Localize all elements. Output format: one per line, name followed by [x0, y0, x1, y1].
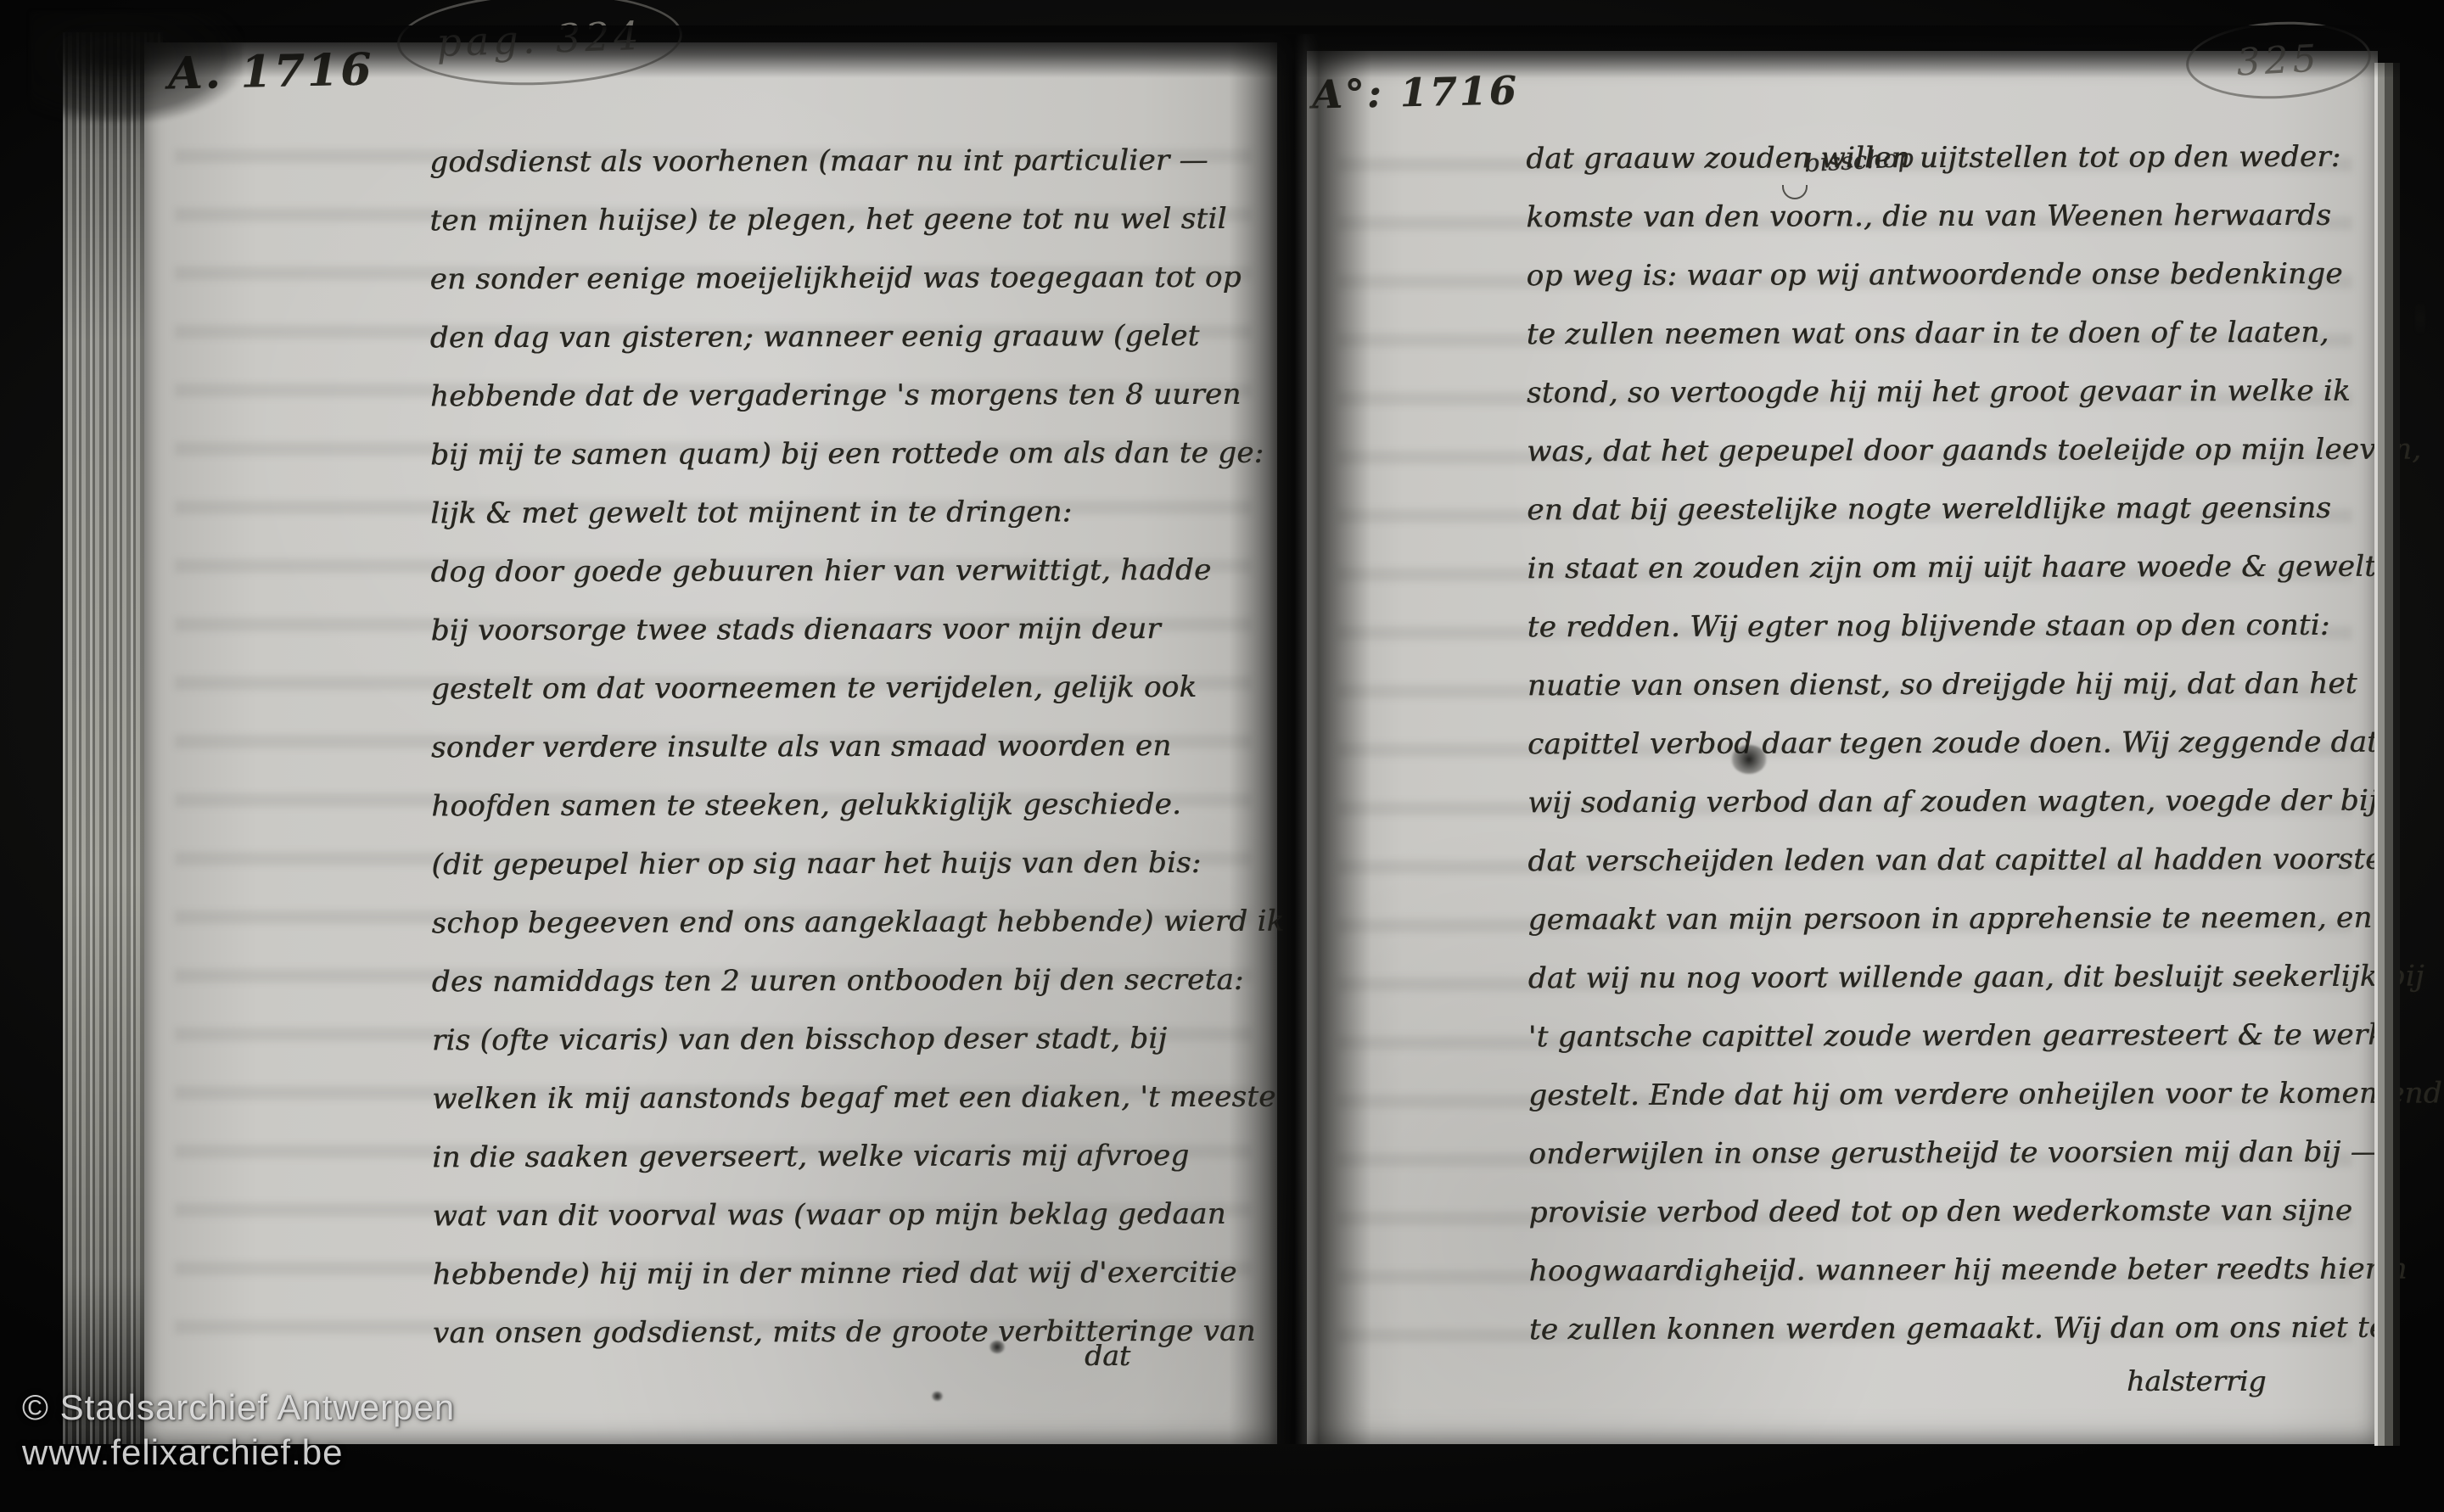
manuscript-line: wij sodanig verbod dan af zouden wagten,… [1527, 772, 2372, 833]
manuscript-line: onderwijlen in onse gerustheijd te voors… [1528, 1123, 2373, 1184]
manuscript-line: te redden. Wij egter nog blijvende staan… [1527, 596, 2372, 658]
manuscript-line: welken ik mij aanstonds begaf met een di… [432, 1068, 1285, 1129]
manuscript-line: ten mijnen huijse) te plegen, het geene … [429, 190, 1282, 251]
left-page-catchword: dat [1085, 1339, 1130, 1372]
manuscript-line: en sonder eenige moeijelijkheijd was toe… [429, 249, 1282, 310]
manuscript-line: hebbende dat de vergaderinge 's morgens … [430, 366, 1283, 427]
archive-watermark-line2: www.felixarchief.be [22, 1430, 455, 1475]
left-page-number-pencil: pag. 324 [435, 13, 643, 65]
manuscript-line: dat wij nu nog voort willende gaan, dit … [1528, 948, 2373, 1009]
manuscript-line: dat verscheijden leden van dat capittel … [1527, 831, 2372, 892]
right-page-manuscript-text: dat graauw zouden willen uijtstellen tot… [1526, 128, 2374, 1360]
manuscript-line: provisie verbod deed tot op den wederkom… [1528, 1182, 2373, 1243]
right-page: A°: 1716 325 bisschop dat graauw zouden … [1307, 51, 2378, 1444]
manuscript-line: gestelt. Ende dat hij om verdere onheijl… [1528, 1065, 2373, 1126]
right-page-number-pencil: 325 [2235, 36, 2322, 84]
manuscript-line: gemaakt van mijn persoon in apprehensie … [1527, 889, 2372, 950]
manuscript-line: in staat en zouden zijn om mij uijt haar… [1527, 538, 2371, 599]
manuscript-line: nuatie van onsen dienst, so dreijgde hij… [1527, 655, 2372, 716]
manuscript-line: lijk & met gewelt tot mijnent in te drin… [430, 483, 1283, 544]
manuscript-line: gestelt om dat voorneemen te verijdelen,… [431, 658, 1284, 720]
right-page-catchword: halsterrig [2127, 1364, 2266, 1397]
scan-background: A. 1716 pag. 324 godsdienst als voorhene… [0, 0, 2444, 1512]
manuscript-line: te zullen konnen werden gemaakt. Wij dan… [1529, 1299, 2374, 1360]
manuscript-line: komste van den voorn., die nu van Weenen… [1526, 187, 2370, 248]
left-page-year-heading: A. 1716 [167, 43, 374, 99]
archive-watermark-line1: © Stadsarchief Antwerpen [22, 1385, 455, 1430]
page-edge-mark [2415, 299, 2425, 338]
manuscript-line: godsdienst als voorhenen (maar nu int pa… [429, 132, 1282, 193]
manuscript-line: van onsen godsdienst, mits de groote ver… [433, 1302, 1286, 1364]
archive-watermark: © Stadsarchief Antwerpen www.felixarchie… [22, 1385, 455, 1476]
manuscript-line: ris (ofte vicaris) van den bisschop dese… [432, 1010, 1285, 1071]
left-page-manuscript-text: godsdienst als voorhenen (maar nu int pa… [429, 132, 1286, 1364]
ink-blot [989, 1341, 1005, 1353]
manuscript-line: bij mij te samen quam) bij een rottede o… [430, 424, 1283, 485]
left-page: A. 1716 pag. 324 godsdienst als voorhene… [144, 42, 1277, 1444]
book-page-edges-right [2374, 63, 2400, 1446]
manuscript-line: dog door goede gebuuren hier van verwitt… [430, 541, 1283, 602]
manuscript-line: schop begeeven end ons aangeklaagt hebbe… [431, 893, 1284, 954]
right-page-number-pencil-circle: 325 [2184, 17, 2373, 103]
manuscript-line: dat graauw zouden willen uijtstellen tot… [1526, 128, 2370, 189]
manuscript-line: wat van dit voorval was (waar op mijn be… [432, 1185, 1285, 1246]
ink-blot [1731, 745, 1767, 774]
manuscript-line: (dit gepeupel hier op sig naar het huijs… [431, 834, 1284, 895]
manuscript-line: des namiddags ten 2 uuren ontbooden bij … [432, 951, 1285, 1012]
manuscript-line: bij voorsorge twee stads dienaars voor m… [431, 600, 1284, 661]
manuscript-line: hebbende) hij mij in der minne ried dat … [433, 1244, 1286, 1305]
manuscript-line: op weg is: waar op wij antwoordende onse… [1526, 245, 2370, 306]
manuscript-line: 't gantsche capittel zoude werden gearre… [1528, 1006, 2373, 1067]
right-page-year-heading: A°: 1716 [1311, 67, 1519, 117]
manuscript-line: was, dat het gepeupel door gaands toelei… [1527, 421, 2371, 482]
left-page-number-pencil-circle: pag. 324 [395, 0, 684, 90]
manuscript-line: in die saaken geverseert, welke vicaris … [432, 1127, 1285, 1188]
manuscript-line: hoogwaardigheijd. wanneer hij meende bet… [1529, 1240, 2374, 1302]
manuscript-line: hoofden samen te steeken, gelukkiglijk g… [431, 776, 1284, 837]
ink-blot [932, 1392, 943, 1401]
manuscript-line: te zullen neemen wat ons daar in te doen… [1527, 304, 2371, 365]
manuscript-line: en dat bij geestelijke nogte wereldlijke… [1527, 479, 2371, 540]
manuscript-line: capittel verbod daar tegen zoude doen. W… [1527, 714, 2372, 775]
manuscript-line: sonder verdere insulte als van smaad woo… [431, 717, 1284, 778]
manuscript-line: stond, so vertoogde hij mij het groot ge… [1527, 362, 2371, 423]
manuscript-line: den dag van gisteren; wanneer eenig graa… [430, 307, 1283, 368]
